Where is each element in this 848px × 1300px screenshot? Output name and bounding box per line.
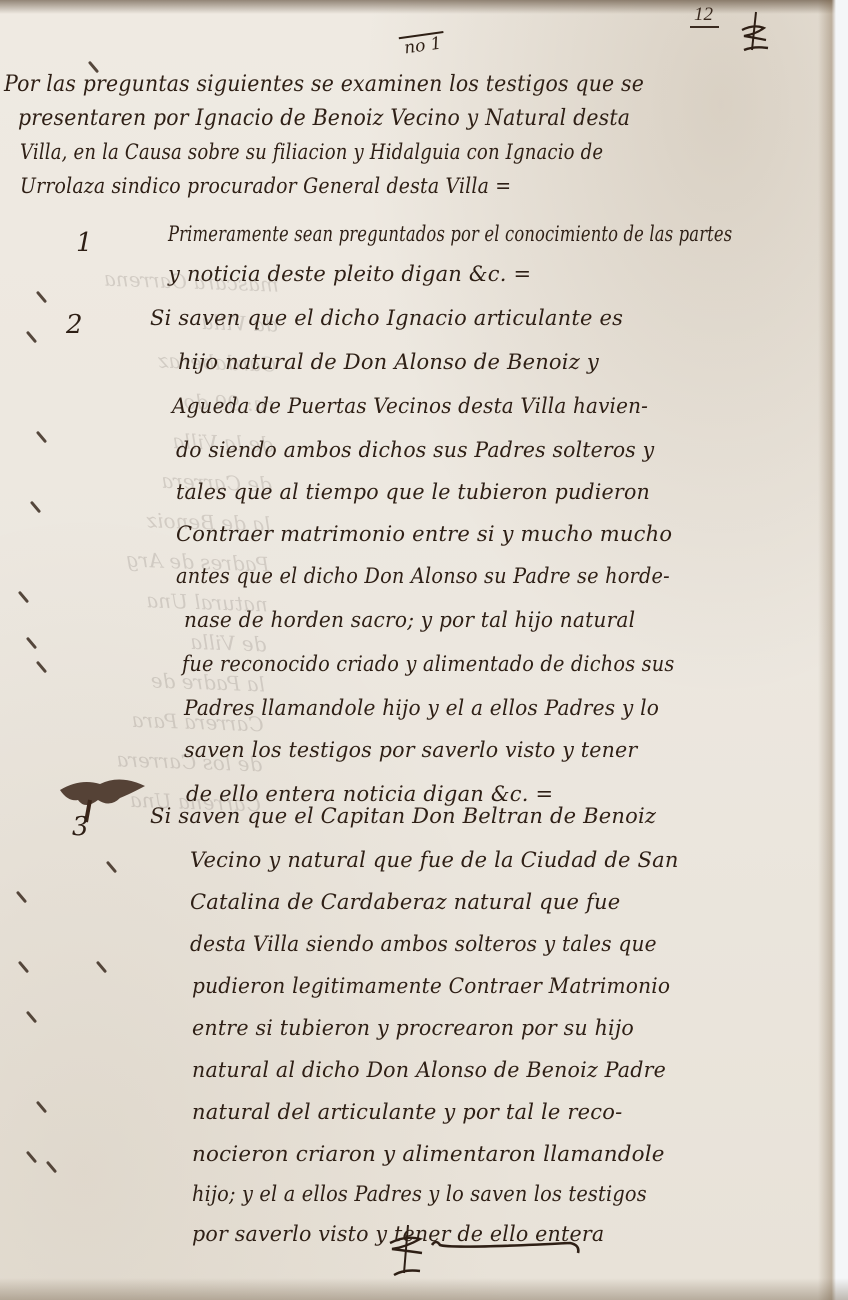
question-3-line-4: desta Villa siendo ambos solteros y tale…	[190, 932, 657, 956]
manuscript-page: mascara Carrena da Villa Cardaberaz ra: …	[0, 0, 848, 1300]
ink-blot	[50, 770, 160, 825]
page-edge-right	[818, 0, 848, 1300]
margin-tick	[18, 961, 29, 974]
question-2-line-10: Padres llamandole hijo y el a ellos Padr…	[184, 696, 659, 720]
question-1-line-2: y noticia deste pleito digan &c. =	[168, 262, 531, 286]
question-2-line-2: hijo natural de Don Alonso de Benoiz y	[178, 350, 599, 374]
margin-tick	[26, 1151, 37, 1164]
question-2-line-7: antes que el dicho Don Alonso su Padre s…	[176, 564, 670, 588]
question-number-3: 3	[72, 812, 89, 842]
margin-tick	[36, 1101, 47, 1114]
question-2-line-9: fue reconocido criado y alimentado de di…	[182, 652, 675, 676]
question-number-1: 1	[76, 228, 93, 258]
margin-tick	[26, 1011, 37, 1024]
question-2-line-11: saven los testigos por saverlo visto y t…	[184, 738, 637, 762]
preamble-line-1: Por las preguntas siguientes se examinen…	[4, 72, 644, 97]
question-1-line-1: Primeramente sean preguntados por el con…	[168, 222, 732, 246]
question-number-2: 2	[66, 310, 83, 340]
page-edge-top	[0, 0, 848, 14]
preamble-line-3: Villa, en la Causa sobre su filiacion y …	[20, 140, 603, 164]
question-3-line-10: hijo; y el a ellos Padres y lo saven los…	[192, 1182, 647, 1206]
question-2-line-5: tales que al tiempo que le tubieron pudi…	[176, 480, 650, 504]
question-2-line-4: do siendo ambos dichos sus Padres solter…	[176, 438, 654, 462]
question-2-line-6: Contraer matrimonio entre si y mucho muc…	[176, 522, 672, 546]
question-3-line-8: natural del articulante y por tal le rec…	[192, 1100, 622, 1124]
rubric-signature-icon	[734, 10, 774, 60]
question-3-line-6: entre si tubieron y procrearon por su hi…	[192, 1016, 634, 1040]
question-3-line-9: nocieron criaron y alimentaron llamandol…	[192, 1142, 665, 1166]
question-3-line-1: Si saven que el Capitan Don Beltran de B…	[150, 804, 656, 828]
header-mark: no 1	[399, 31, 447, 59]
margin-tick	[46, 1161, 57, 1174]
closing-rubric-icon	[380, 1225, 590, 1295]
folio-number: 12	[690, 4, 719, 28]
question-2-line-8: nase de horden sacro; y por tal hijo nat…	[184, 608, 635, 632]
margin-tick	[96, 961, 107, 974]
question-2-line-12: de ello entera noticia digan &c. =	[186, 782, 553, 806]
preamble-line-4: Urrolaza sindico procurador General dest…	[20, 174, 511, 198]
question-2-line-1: Si saven que el dicho Ignacio articulant…	[150, 306, 623, 330]
question-3-line-5: pudieron legitimamente Contraer Matrimon…	[192, 974, 670, 998]
preamble-line-2: presentaren por Ignacio de Benoiz Vecino…	[18, 106, 630, 131]
margin-tick	[16, 891, 27, 904]
question-2-line-3: Agueda de Puertas Vecinos desta Villa ha…	[172, 394, 648, 418]
margin-tick	[106, 861, 117, 874]
question-3-line-3: Catalina de Cardaberaz natural que fue	[190, 890, 620, 914]
question-3-line-7: natural al dicho Don Alonso de Benoiz Pa…	[192, 1058, 666, 1082]
question-3-line-2: Vecino y natural que fue de la Ciudad de…	[190, 848, 679, 872]
